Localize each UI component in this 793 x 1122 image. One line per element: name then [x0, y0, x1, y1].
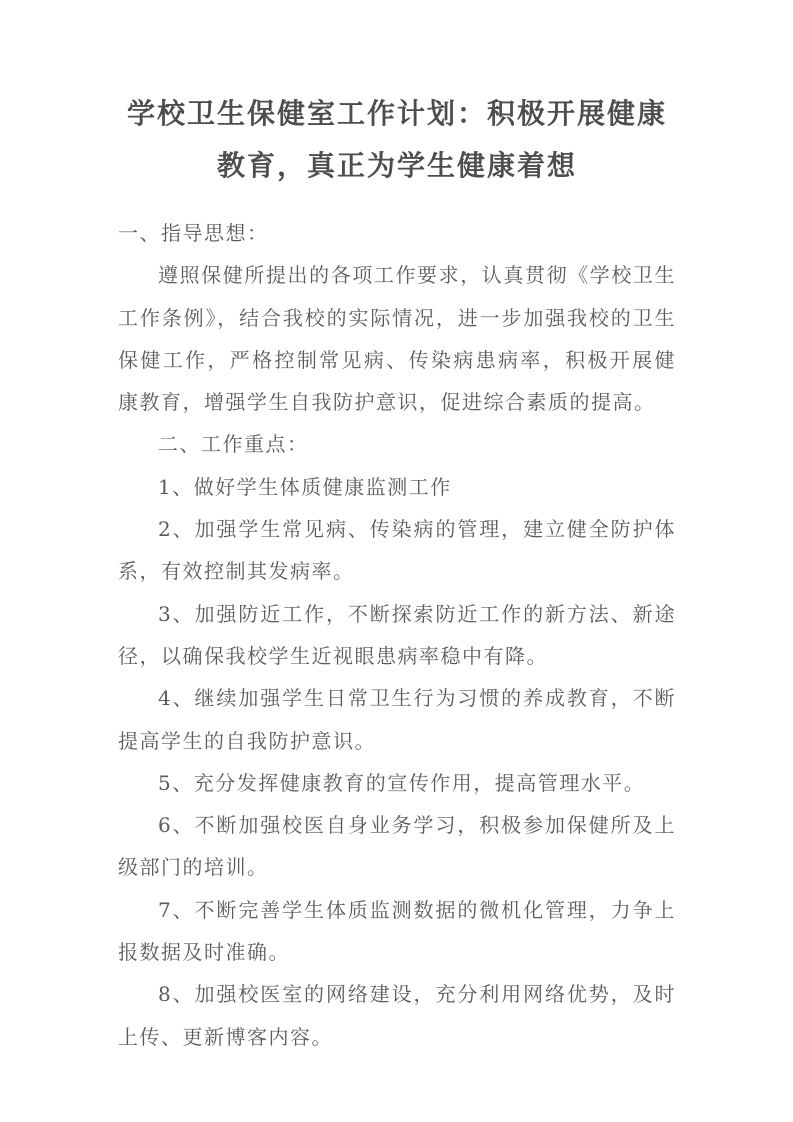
- document-paragraph: 8、加强校医室的网络建设，充分利用网络优势，及时上传、更新博客内容。: [118, 973, 676, 1058]
- document-paragraph: 二、工作重点：: [118, 423, 676, 465]
- document-paragraph: 1、做好学生体质健康监测工作: [118, 466, 676, 508]
- document-page: 学校卫生保健室工作计划：积极开展健康教育，真正为学生健康着想 一、指导思想：遵照…: [0, 0, 793, 1122]
- document-paragraph: 4、继续加强学生日常卫生行为习惯的养成教育，不断提高学生的自我防护意识。: [118, 677, 676, 762]
- document-paragraph: 7、不断完善学生体质监测数据的微机化管理，力争上报数据及时准确。: [118, 889, 676, 974]
- document-paragraph: 6、不断加强校医自身业务学习，积极参加保健所及上级部门的培训。: [118, 804, 676, 889]
- document-paragraph: 一、指导思想：: [118, 212, 676, 254]
- document-paragraph: 遵照保健所提出的各项工作要求，认真贯彻《学校卫生工作条例》，结合我校的实际情况，…: [118, 254, 676, 423]
- document-paragraph: 5、充分发挥健康教育的宣传作用，提高管理水平。: [118, 762, 676, 804]
- document-paragraph: 3、加强防近工作，不断探索防近工作的新方法、新途径，以确保我校学生近视眼患病率稳…: [118, 593, 676, 678]
- document-title: 学校卫生保健室工作计划：积极开展健康教育，真正为学生健康着想: [118, 88, 676, 192]
- document-paragraph: 2、加强学生常见病、传染病的管理，建立健全防护体系，有效控制其发病率。: [118, 508, 676, 593]
- document-body: 一、指导思想：遵照保健所提出的各项工作要求，认真贯彻《学校卫生工作条例》，结合我…: [118, 212, 676, 1058]
